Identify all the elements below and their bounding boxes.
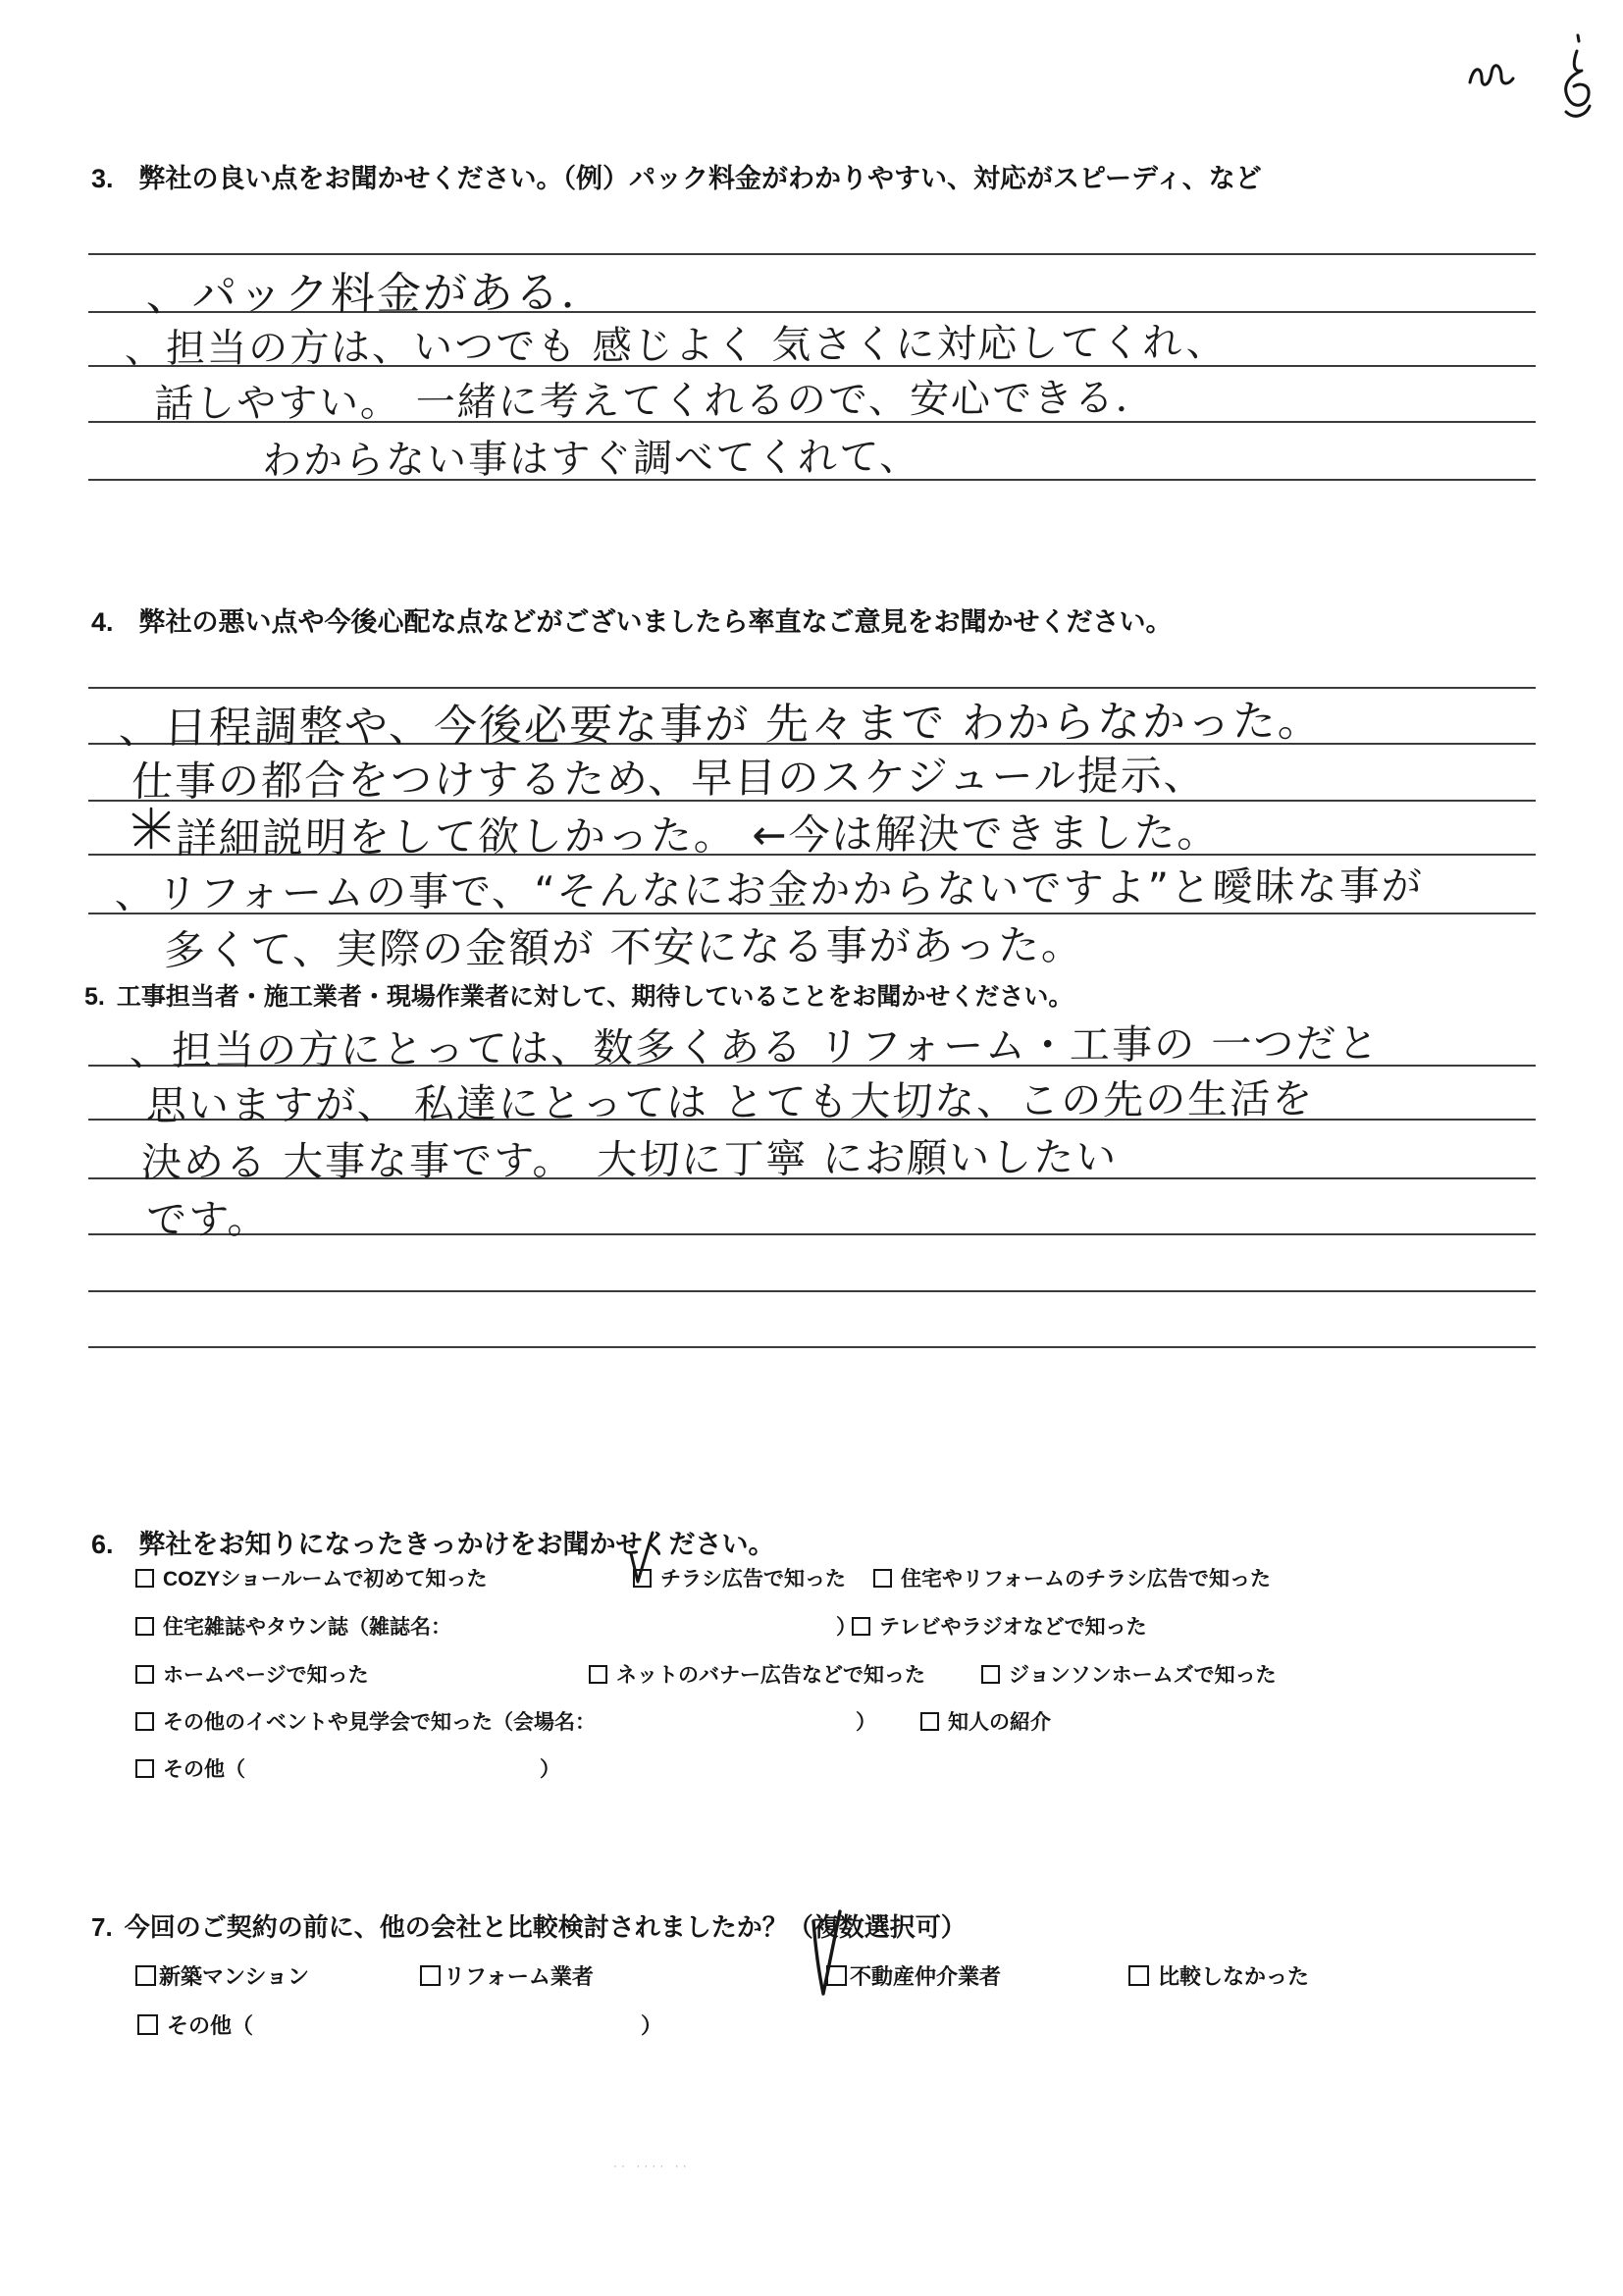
option-referral: 知人の紹介 xyxy=(920,1706,1051,1736)
checkbox-referral[interactable] xyxy=(920,1712,939,1731)
question-3-heading: 3.弊社の良い点をお聞かせください。（例）パック料金がわかりやすい、対応がスピー… xyxy=(91,157,1262,195)
option-event: その他のイベントや見学会で知った（会場名： ） xyxy=(135,1706,876,1736)
option-cozy-showroom: COZYショールームで初めて知った xyxy=(135,1563,488,1592)
option-new-condo: 新築マンション xyxy=(135,1960,309,1991)
question-6-title: 弊社をお知りになったきっかけをお聞かせください。 xyxy=(139,1530,775,1559)
checkbox-magazine[interactable] xyxy=(135,1617,154,1636)
question-6-heading: 6.弊社をお知りになったきっかけをお聞かせください。 xyxy=(91,1523,775,1561)
ruled-line xyxy=(88,1233,1536,1235)
option-label: その他（ xyxy=(167,2009,253,2040)
question-3-number: 3. xyxy=(91,164,114,194)
option-label: ネットのバナー広告などで知った xyxy=(616,1659,925,1689)
option-q6-other: その他（ ） xyxy=(135,1753,560,1783)
checkbox-tv-radio[interactable] xyxy=(852,1617,870,1636)
blank-space xyxy=(596,1721,856,1722)
checkbox-banner[interactable] xyxy=(589,1665,607,1684)
ruled-line xyxy=(88,1346,1536,1348)
q5-answer-line-3: 決める 大事な事です。 大切に丁寧 にお願いしたい xyxy=(140,1124,1119,1188)
option-label: リフォーム業者 xyxy=(444,1960,594,1991)
option-magazine: 住宅雑誌やタウン誌（雑誌名： ） xyxy=(135,1611,857,1641)
question-7-number: 7. xyxy=(91,1912,113,1943)
option-label: チラシ広告で知った xyxy=(660,1563,846,1592)
option-homepage: ホームページで知った xyxy=(135,1659,369,1689)
q3-answer-line-4: わからない事はすぐ調べてくれて、 xyxy=(261,426,921,486)
q4-answer-line-2: 仕事の都合をつけするため、早目のスケジュール提示、 xyxy=(131,743,1208,809)
option-housing-flyer: 住宅やリフォームのチラシ広告で知った xyxy=(873,1563,1271,1592)
option-label: 知人の紹介 xyxy=(948,1706,1051,1736)
question-6-number: 6. xyxy=(91,1530,114,1560)
option-realtor: 不動産仲介業者 xyxy=(826,1960,1001,1991)
option-reform-company: リフォーム業者 xyxy=(420,1960,594,1991)
checkbox-q6-other[interactable] xyxy=(135,1759,154,1778)
close-paren: ） xyxy=(641,2009,662,2040)
option-label: その他のイベントや見学会で知った（会場名： xyxy=(163,1706,596,1736)
option-no-compare: 比較しなかった xyxy=(1128,1960,1309,1991)
option-banner: ネットのバナー広告などで知った xyxy=(589,1659,925,1689)
q5-answer-line-2: 思いますが、 私達にとっては とても大切な、この先の生活を xyxy=(145,1067,1315,1131)
checkbox-johnson-homes[interactable] xyxy=(981,1665,1000,1684)
blank-space xyxy=(245,1768,540,1769)
option-tv-radio: テレビやラジオなどで知った xyxy=(852,1611,1147,1641)
handwritten-check-flyer xyxy=(624,1529,659,1588)
close-paren: ） xyxy=(856,1706,876,1736)
q4-answer-line-4: 、リフォームの事で、“そんなにお金かからないですよ”と曖昧な事が xyxy=(114,854,1424,919)
q3-answer-line-1: 、パック料金がある． xyxy=(145,256,608,323)
crossed-out-character xyxy=(129,805,174,852)
option-label: 新築マンション xyxy=(159,1960,309,1991)
question-5-number: 5. xyxy=(84,983,105,1012)
checkbox-new-condo[interactable] xyxy=(135,1965,156,1986)
close-paren: ） xyxy=(540,1753,560,1783)
scanned-survey-page: 3.弊社の良い点をお聞かせください。（例）パック料金がわかりやすい、対応がスピー… xyxy=(0,0,1623,2296)
q3-answer-line-3: 話しやすい。 一緒に考えてくれるので、安心できる． xyxy=(153,367,1158,429)
option-label: ホームページで知った xyxy=(163,1659,369,1689)
checkbox-homepage[interactable] xyxy=(135,1665,154,1684)
question-4-number: 4. xyxy=(91,607,114,638)
checkbox-housing-flyer[interactable] xyxy=(873,1569,892,1588)
question-5-title: 工事担当者・施工業者・現場作業者に対して、期待していることをお聞かせください。 xyxy=(117,983,1073,1011)
question-4-title: 弊社の悪い点や今後心配な点などがございましたら率直なご意見をお聞かせください。 xyxy=(139,607,1173,637)
ruled-line xyxy=(88,1290,1536,1292)
q3-answer-line-2: 、担当の方は、いつでも 感じよく 気さくに対応してくれ、 xyxy=(124,311,1228,374)
question-4-heading: 4.弊社の悪い点や今後心配な点などがございましたら率直なご意見をお聞かせください… xyxy=(91,600,1173,639)
option-label: 住宅雑誌やタウン誌（雑誌名： xyxy=(163,1611,451,1641)
option-label: 不動産仲介業者 xyxy=(850,1960,1001,1991)
blank-space xyxy=(253,2024,641,2025)
question-5-heading: 5.工事担当者・施工業者・現場作業者に対して、期待していることをお聞かせください… xyxy=(84,977,1073,1013)
option-label: 住宅やリフォームのチラシ広告で知った xyxy=(901,1563,1271,1592)
option-label: COZYショールームで初めて知った xyxy=(163,1563,488,1592)
option-label: ジョンソンホームズで知った xyxy=(1009,1659,1277,1689)
checkbox-cozy-showroom[interactable] xyxy=(135,1569,154,1588)
option-label: その他（ xyxy=(163,1753,245,1783)
ruled-line xyxy=(88,253,1536,255)
q4-answer-line-5: 多くて、実際の金額が 不安になる事があった。 xyxy=(163,913,1085,977)
option-flyer: チラシ広告で知った xyxy=(633,1563,846,1592)
checkbox-reform-company[interactable] xyxy=(420,1965,441,1986)
option-label: 比較しなかった xyxy=(1158,1960,1309,1991)
question-3-title: 弊社の良い点をお聞かせください。（例）パック料金がわかりやすい、対応がスピーディ… xyxy=(139,164,1262,193)
pen-scribble xyxy=(1452,22,1623,134)
q5-answer-line-4: です。 xyxy=(145,1186,270,1245)
scan-artifact: ·· ···· ·· xyxy=(613,2159,691,2172)
option-label: テレビやラジオなどで知った xyxy=(879,1611,1147,1641)
checkbox-event[interactable] xyxy=(135,1712,154,1731)
handwritten-check-realtor xyxy=(803,1905,846,2004)
blank-space xyxy=(451,1626,836,1627)
checkbox-no-compare[interactable] xyxy=(1128,1965,1149,1986)
option-johnson-homes: ジョンソンホームズで知った xyxy=(981,1659,1277,1689)
option-q7-other: その他（ ） xyxy=(137,2009,662,2040)
checkbox-q7-other[interactable] xyxy=(137,2014,158,2035)
